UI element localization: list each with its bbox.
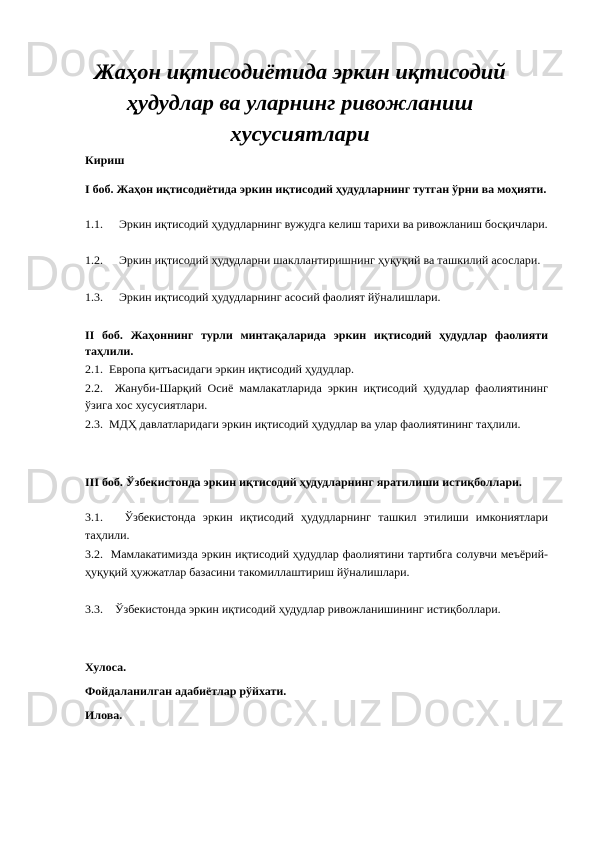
chapter-1-heading: I боб. Жаҳон иқтисодиётида эркин иқтисод… [85,182,548,198]
section-text: Ўзбекистонда эркин иқтисодий ҳудудлар ри… [115,602,501,616]
section-number: 1.3. [85,289,103,305]
section-text: Ўзбекистонда эркин иқтисодий ҳудудларнин… [85,510,548,542]
document-page: Жаҳон иқтисодиётида эркин иқтисодий ҳуду… [0,0,595,842]
section-text: МДҲ давлатларидаги эркин иқтисодий ҳудуд… [109,417,521,431]
section-text: Жануби-Шарқий Осиё мамлакатларида эркин … [85,381,548,412]
section-2-2: 2.2. Жануби-Шарқий Осиё мамлакатларида э… [85,380,548,414]
section-2-1: 2.1. Европа қитъасидаги эркин иқтисодий … [85,362,548,378]
introduction-heading: Кириш [85,153,548,169]
section-3-1: 3.1. Ўзбекистонда эркин иқтисодий ҳудудл… [85,509,548,544]
section-text: Эркин иқтисодий ҳудудларни шакллантиришн… [119,252,548,268]
section-2-3: 2.3. МДҲ давлатларидаги эркин иқтисодий … [85,416,548,433]
section-1-3: 1.3. Эркин иқтисодий ҳудудларнинг асосий… [85,289,548,305]
references-heading: Фойдаланилган адабиётлар рўйхати. [85,684,548,700]
section-text: Мамлакатимизда эркин иқтисодий ҳудудлар … [85,547,548,579]
section-number: 2.2. [85,381,103,395]
section-3-2: 3.2. Мамлакатимизда эркин иқтисодий ҳуду… [85,545,548,581]
section-number: 1.2. [85,252,103,268]
chapter-2-heading: II боб. Жаҳоннинг турли минтақаларида эр… [85,328,548,359]
conclusion-heading: Хулоса. [85,660,548,676]
section-number: 2.3. [85,417,103,431]
appendix-heading: Илова. [85,708,548,724]
section-1-1: 1.1. Эркин иқтисодий ҳудудларнинг вужудг… [85,216,548,232]
document-title: Жаҳон иқтисодиётида эркин иқтисодий ҳуду… [85,56,515,149]
section-text: Европа қитъасидаги эркин иқтисодий ҳудуд… [109,362,354,376]
section-number: 1.1. [85,216,103,232]
section-text: Эркин иқтисодий ҳудудларнинг вужудга кел… [119,216,548,232]
section-text: Эркин иқтисодий ҳудудларнинг асосий фаол… [119,289,548,305]
section-3-3: 3.3. Ўзбекистонда эркин иқтисодий ҳудудл… [85,600,548,618]
section-number: 2.1. [85,362,103,376]
section-number: 3.2. [85,547,103,561]
section-number: 3.1. [85,510,103,524]
section-number: 3.3. [85,602,103,616]
section-1-2: 1.2. Эркин иқтисодий ҳудудларни шакллант… [85,252,548,268]
chapter-3-heading: III боб. Ўзбекистонда эркин иқтисодий ҳу… [85,475,548,491]
